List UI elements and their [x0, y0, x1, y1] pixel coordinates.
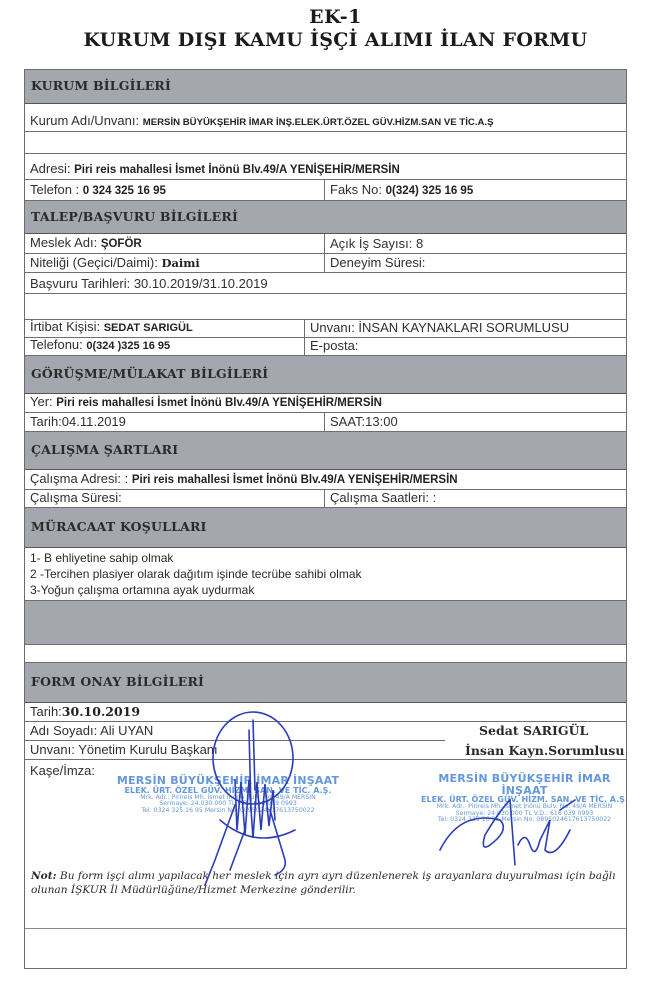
profession-label: Meslek Adı:	[30, 235, 101, 250]
interview-time-label: SAAT:	[330, 414, 365, 429]
bottom-divider	[25, 928, 626, 929]
dates-value: 30.10.2019/31.10.2019	[134, 276, 268, 291]
row-contact-phone: Telefonu: 0(324 )325 16 95 E-posta:	[25, 338, 626, 356]
seal-label: Kaşe/İmza:	[30, 763, 95, 778]
company-stamp-left: MERSİN BÜYÜKŞEHİR İMAR İNŞAAT ELEK. ÜRT.…	[113, 775, 343, 814]
fax-label: Faks No:	[330, 182, 386, 197]
approval-date-value: 30.10.2019	[62, 704, 140, 719]
condition-item: 3-Yoğun çalışma ortamına ayak uydurmak	[25, 582, 626, 598]
work-duration-label: Çalışma Süresi:	[30, 490, 122, 505]
profession-value: ŞOFÖR	[101, 238, 142, 250]
row-profession: Meslek Adı: ŞOFÖR Açık İş Sayısı: 8	[25, 234, 626, 254]
company-stamp-right: MERSİN BÜYÜKŞEHİR İMAR İNŞAAT ELEK. ÜRT.…	[417, 773, 632, 824]
institution-name-value: MERSİN BÜYÜKŞEHİR İMAR İNŞ.ELEK.ÜRT.ÖZEL…	[143, 117, 494, 128]
section-title: KURUM BİLGİLERİ	[31, 80, 171, 93]
section-title: GÖRÜŞME/MÜLAKAT BİLGİLERİ	[31, 368, 268, 381]
address-value: Piri reis mahallesi İsmet İnönü Blv.49/A…	[74, 164, 400, 176]
row-interview-date: Tarih:04.11.2019 SAAT:13:00	[25, 413, 626, 432]
section-title: ÇALIŞMA ŞARTLARI	[31, 444, 178, 457]
condition-item: 2 -Tercihen plasiyer olarak dağıtım işin…	[25, 566, 626, 582]
row-work-duration: Çalışma Süresi: Çalışma Saatleri: :	[25, 490, 626, 508]
phone-value: 0 324 325 16 95	[83, 185, 166, 197]
contact-title-label: Unvanı:	[310, 320, 358, 335]
section-header-calisma: ÇALIŞMA ŞARTLARI	[25, 432, 626, 470]
type-label: Niteliği (Geçici/Daimi):	[30, 255, 161, 270]
interview-date-label: Tarih:	[30, 414, 62, 429]
openings-label: Açık İş Sayısı:	[330, 236, 416, 251]
approver-title-label: Unvanı:	[30, 742, 78, 757]
contact-label: İrtibat Kişisi:	[30, 319, 104, 334]
section-title: TALEP/BAŞVURU BİLGİLERİ	[31, 211, 238, 224]
work-address-label: Çalışma Adresi: :	[30, 471, 132, 486]
openings-value: 8	[416, 236, 423, 251]
empty-gray-band	[25, 600, 626, 645]
approver-name-label: Adı Soyadı:	[30, 723, 100, 738]
conditions-list: 1- B ehliyetine sahip olmak 2 -Tercihen …	[25, 550, 626, 598]
row-dates: Başvuru Tarihleri: 30.10.2019/31.10.2019	[25, 273, 626, 294]
contact-title-value: İNSAN KAYNAKLARI SORUMLUSU	[358, 320, 569, 335]
section-title: FORM ONAY BİLGİLERİ	[31, 676, 204, 689]
row-empty	[25, 645, 626, 663]
row-approval-date: Tarih:30.10.2019	[25, 703, 626, 722]
interview-place-label: Yer:	[30, 394, 56, 409]
row-institution-name: Kurum Adı/Unvanı: MERSİN BÜYÜKŞEHİR İMAR…	[25, 104, 626, 132]
row-approver-name: Adı Soyadı: Ali UYAN	[25, 722, 445, 741]
section-header-muracaat: MÜRACAAT KOŞULLARI	[25, 508, 626, 548]
form-note: Not: Bu form işçi alımı yapılacak her me…	[31, 869, 621, 897]
condition-item: 1- B ehliyetine sahip olmak	[25, 550, 626, 566]
row-address: Adresi: Piri reis mahallesi İsmet İnönü …	[25, 154, 626, 180]
dates-label: Başvuru Tarihleri:	[30, 276, 134, 291]
note-prefix: Not:	[31, 870, 57, 882]
section-header-talep: TALEP/BAŞVURU BİLGİLERİ	[25, 201, 626, 234]
address-label: Adresi:	[30, 161, 74, 176]
section-header-gorusme: GÖRÜŞME/MÜLAKAT BİLGİLERİ	[25, 356, 626, 394]
section-header-kurum: KURUM BİLGİLERİ	[25, 70, 626, 104]
section-header-onay: FORM ONAY BİLGİLERİ	[25, 663, 626, 703]
row-type: Niteliği (Geçici/Daimi): Daimi Deneyim S…	[25, 254, 626, 273]
work-address-value: Piri reis mahallesi İsmet İnönü Blv.49/A…	[132, 474, 458, 486]
signer-title: İnsan Kayn.Sorumlusu	[465, 743, 624, 758]
form-title: KURUM DIŞI KAMU İŞÇİ ALIMI İLAN FORMU	[0, 29, 671, 51]
interview-place-value: Piri reis mahallesi İsmet İnönü Blv.49/A…	[56, 397, 382, 409]
contact-value: SEDAT SARIGÜL	[104, 322, 193, 334]
row-phone-fax: Telefon : 0 324 325 16 95 Faks No: 0(324…	[25, 180, 626, 201]
email-label: E-posta:	[310, 338, 358, 353]
approval-date-label: Tarih:	[30, 704, 62, 719]
row-contact: İrtibat Kişisi: SEDAT SARIGÜL Unvanı: İN…	[25, 320, 626, 338]
interview-date-value: 04.11.2019	[62, 414, 126, 429]
interview-time-value: 13:00	[365, 414, 398, 429]
institution-name-label: Kurum Adı/Unvanı:	[30, 113, 143, 128]
annex-label: EK-1	[0, 6, 671, 28]
approver-title-value: Yönetim Kurulu Başkanı	[78, 742, 217, 757]
contact-phone-value: 0(324 )325 16 95	[86, 340, 170, 352]
signer-name: Sedat SARIGÜL	[479, 723, 588, 738]
approver-name-value: Ali UYAN	[100, 723, 153, 738]
row-empty	[25, 132, 626, 154]
contact-phone-label: Telefonu:	[30, 337, 86, 352]
experience-label: Deneyim Süresi:	[330, 255, 425, 270]
type-value: Daimi	[161, 256, 199, 270]
row-empty	[25, 294, 626, 320]
phone-label: Telefon :	[30, 182, 83, 197]
section-title: MÜRACAAT KOŞULLARI	[31, 521, 207, 534]
job-posting-form: KURUM BİLGİLERİ Kurum Adı/Unvanı: MERSİN…	[24, 69, 627, 969]
note-text: Bu form işçi alımı yapılacak her meslek …	[31, 870, 616, 896]
work-hours-label: Çalışma Saatleri: :	[330, 490, 436, 505]
row-interview-place: Yer: Piri reis mahallesi İsmet İnönü Blv…	[25, 394, 626, 413]
fax-value: 0(324) 325 16 95	[386, 185, 474, 197]
row-work-address: Çalışma Adresi: : Piri reis mahallesi İs…	[25, 470, 626, 490]
